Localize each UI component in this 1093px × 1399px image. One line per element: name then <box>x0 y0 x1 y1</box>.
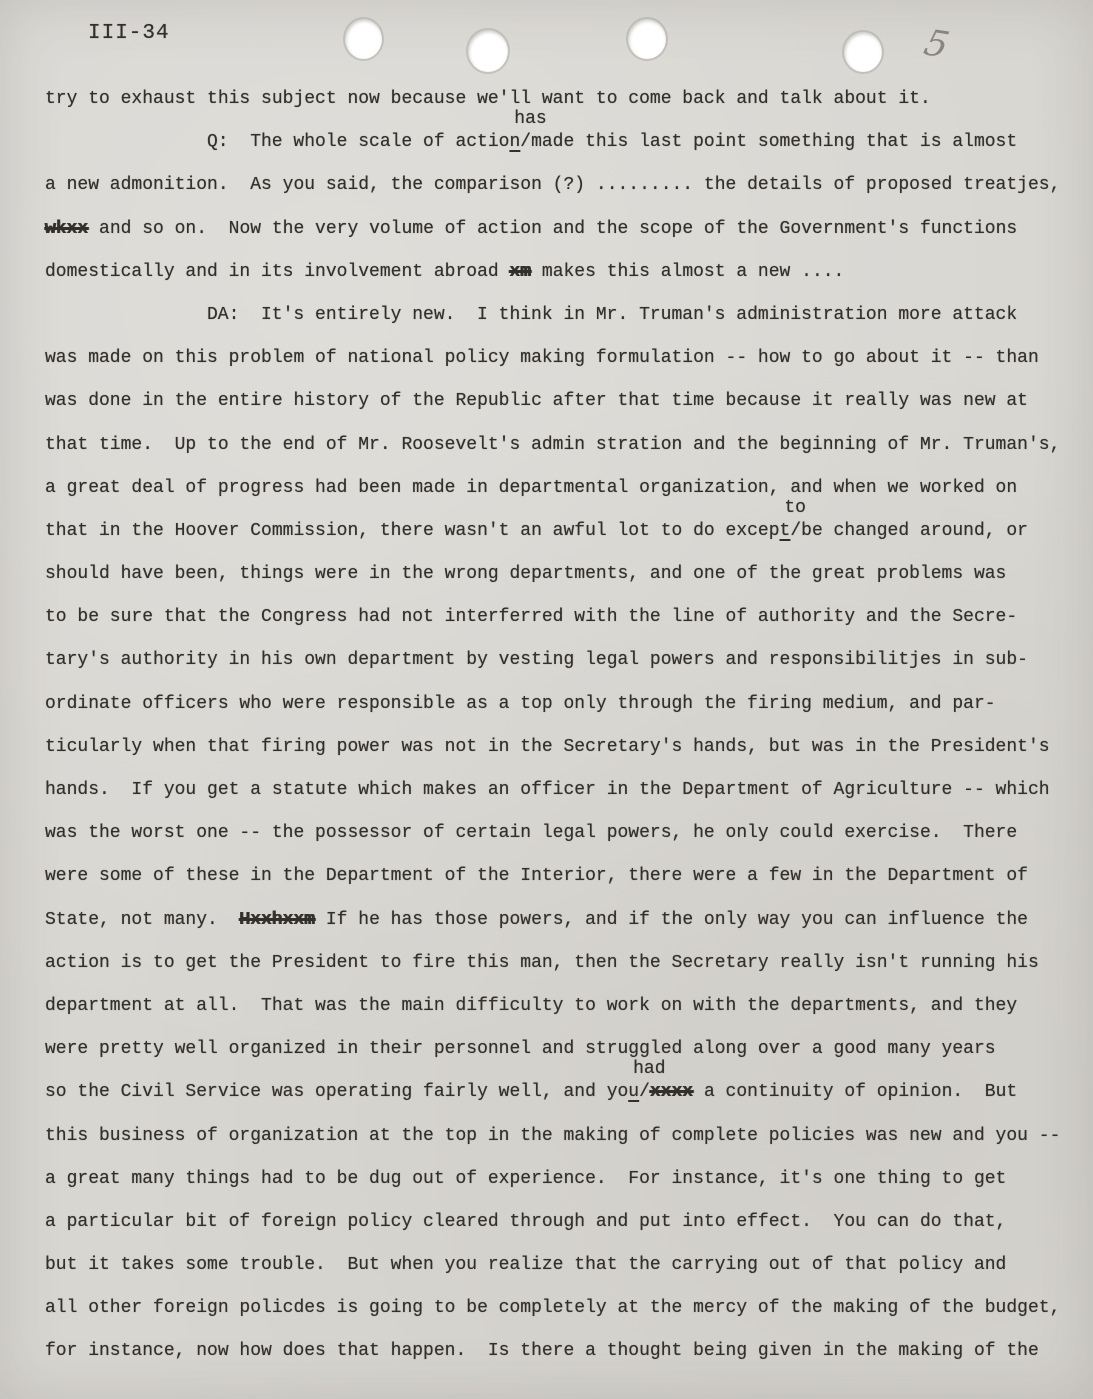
text-segment: State, not many. <box>45 910 239 930</box>
text-line: department at all. That was the main dif… <box>45 985 1075 1028</box>
text-segment: were some of these in the Department of … <box>45 866 1028 886</box>
text-segment: /made this last point something that is … <box>520 132 1017 152</box>
text-segment: ticularly when that firing power was not… <box>45 737 1050 757</box>
text-segment: If he has those powers, and if the only … <box>315 910 1028 930</box>
text-segment: hands. If you get a statute which makes … <box>45 780 1050 800</box>
text-line: a great deal of progress had been made i… <box>45 467 1075 510</box>
text-line: try to exhaust this subject now because … <box>45 78 1075 121</box>
punch-hole <box>844 32 882 72</box>
text-segment: was made on this problem of national pol… <box>45 348 1039 368</box>
text-segment: department at all. That was the main dif… <box>45 996 1017 1016</box>
handwritten-mark: 5 <box>920 23 953 66</box>
text-segment: a new admonition. As you said, the compa… <box>45 175 1060 195</box>
text-segment: was the worst one -- the possessor of ce… <box>45 823 1017 843</box>
text-line: should have been, things were in the wro… <box>45 553 1075 596</box>
text-segment: should have been, things were in the wro… <box>45 564 1006 584</box>
text-segment: all other foreign policdes is going to b… <box>45 1298 1060 1318</box>
text-segment: a great many things had to be dug out of… <box>45 1169 1006 1189</box>
text-segment: were pretty well organized in their pers… <box>45 1039 996 1059</box>
text-segment: tary's authority in his own department b… <box>45 650 1028 670</box>
text-line: was done in the entire history of the Re… <box>45 380 1075 423</box>
text-segment: DA: It's entirely new. I think in Mr. Tr… <box>207 305 1017 325</box>
text-line: a new admonition. As you said, the compa… <box>45 164 1075 207</box>
text-segment: Q: The whole scale of actio <box>207 132 509 152</box>
typed-text-block: try to exhaust this subject now because … <box>45 78 1075 1374</box>
text-line: wkxx and so on. Now the very volume of a… <box>45 208 1075 251</box>
text-line: were pretty well organized in their pers… <box>45 1028 1075 1071</box>
underline-text: n <box>509 132 520 152</box>
strike-text: Hxxhxxm <box>239 910 315 930</box>
punch-hole <box>345 19 382 59</box>
page-number: III-34 <box>88 22 170 45</box>
text-line: that time. Up to the end of Mr. Roosevel… <box>45 424 1075 467</box>
text-line: ordinate officers who were responsible a… <box>45 683 1075 726</box>
text-segment: this business of organization at the top… <box>45 1126 1060 1146</box>
text-segment: ordinate officers who were responsible a… <box>45 694 996 714</box>
text-line: but it takes some trouble. But when you … <box>45 1244 1075 1287</box>
text-line: domestically and in its involvement abro… <box>45 251 1075 294</box>
document-page: III-34 5 try to exhaust this subject now… <box>0 0 1093 1399</box>
text-segment: that time. Up to the end of Mr. Roosevel… <box>45 435 1060 455</box>
text-line: for instance, now how does that happen. … <box>45 1330 1075 1373</box>
text-segment: domestically and in its involvement abro… <box>45 262 509 282</box>
strike-text: xm <box>509 262 531 282</box>
text-segment: makes this almost a new .... <box>531 262 844 282</box>
text-line: so the Civil Service was operating fairl… <box>45 1071 1075 1114</box>
punch-hole <box>628 19 666 59</box>
underline-text: t <box>780 521 791 541</box>
text-line: a particular bit of foreign policy clear… <box>45 1201 1075 1244</box>
text-line: Q: The whole scale of actionhas/made thi… <box>45 121 1075 164</box>
text-line: all other foreign policdes is going to b… <box>45 1287 1075 1330</box>
underline-text: u <box>628 1082 639 1102</box>
text-segment: a great deal of progress had been made i… <box>45 478 1017 498</box>
text-segment: / <box>639 1082 650 1102</box>
text-segment: and so on. Now the very volume of action… <box>88 219 1017 239</box>
text-line: DA: It's entirely new. I think in Mr. Tr… <box>45 294 1075 337</box>
strike-text: xxxx <box>650 1082 693 1102</box>
text-line: this business of organization at the top… <box>45 1115 1075 1158</box>
text-segment: a continuity of opinion. But <box>693 1082 1017 1102</box>
text-line: a great many things had to be dug out of… <box>45 1158 1075 1201</box>
text-line: tary's authority in his own department b… <box>45 639 1075 682</box>
text-line: action is to get the President to fire t… <box>45 942 1075 985</box>
text-line: to be sure that the Congress had not int… <box>45 596 1075 639</box>
text-line: hands. If you get a statute which makes … <box>45 769 1075 812</box>
text-segment: so the Civil Service was operating fairl… <box>45 1082 628 1102</box>
text-segment: was done in the entire history of the Re… <box>45 391 1028 411</box>
text-line: was made on this problem of national pol… <box>45 337 1075 380</box>
punch-hole <box>468 30 508 72</box>
text-segment: but it takes some trouble. But when you … <box>45 1255 1006 1275</box>
text-line: was the worst one -- the possessor of ce… <box>45 812 1075 855</box>
text-segment: a particular bit of foreign policy clear… <box>45 1212 1006 1232</box>
text-segment: to be sure that the Congress had not int… <box>45 607 1017 627</box>
text-segment: that in the Hoover Commission, there was… <box>45 521 780 541</box>
text-line: that in the Hoover Commission, there was… <box>45 510 1075 553</box>
text-segment: for instance, now how does that happen. … <box>45 1341 1039 1361</box>
text-line: were some of these in the Department of … <box>45 855 1075 898</box>
text-segment: try to exhaust this subject now because … <box>45 89 931 109</box>
strike-text: wkxx <box>45 219 88 239</box>
text-line: State, not many. Hxxhxxm If he has those… <box>45 899 1075 942</box>
text-line: ticularly when that firing power was not… <box>45 726 1075 769</box>
text-segment: action is to get the President to fire t… <box>45 953 1039 973</box>
text-segment: /be changed around, or <box>790 521 1028 541</box>
